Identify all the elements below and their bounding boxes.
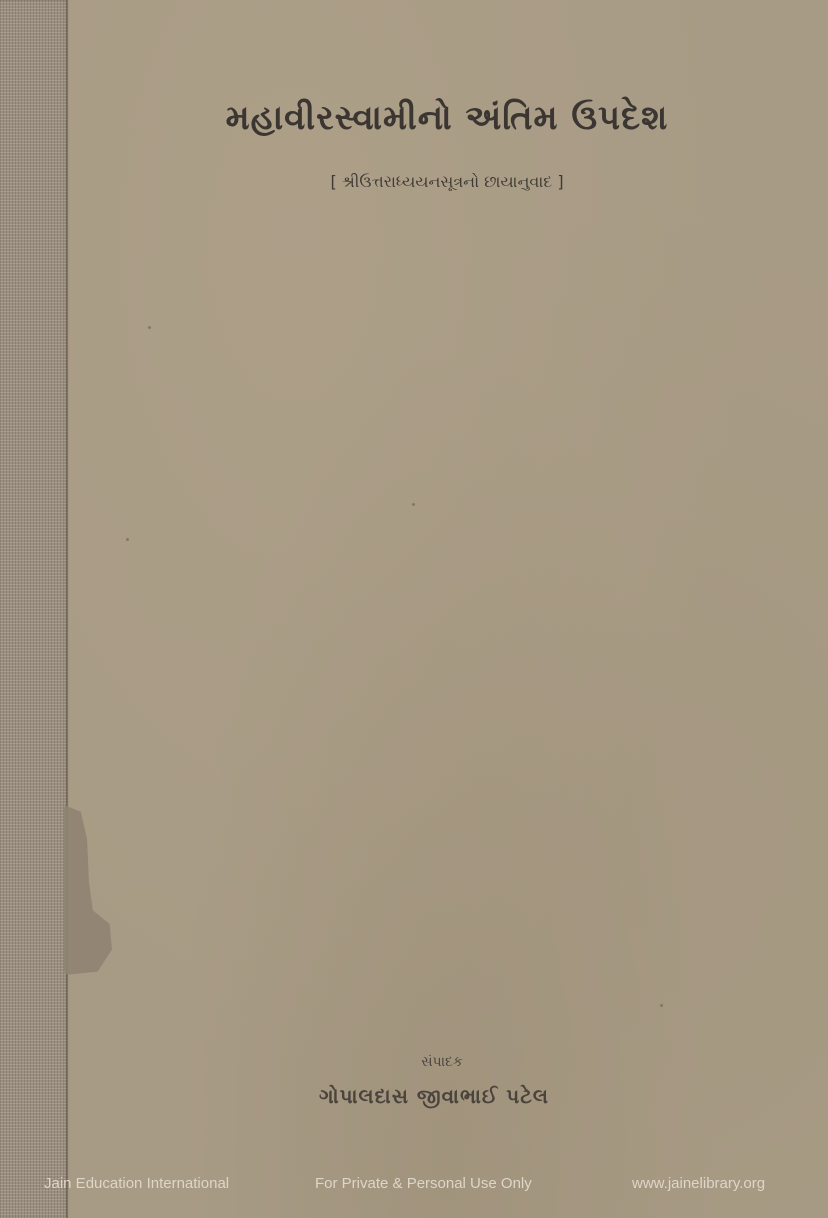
paper-speck [148, 326, 151, 329]
paper-speck [126, 538, 129, 541]
paper-speck [412, 503, 415, 506]
footer-usage-note: For Private & Personal Use Only [315, 1175, 532, 1192]
watermark-footer: Jain Education International For Private… [0, 1175, 828, 1195]
editor-name: ગોપાલદાસ જીવાભાઈ પટેલ [0, 1084, 828, 1108]
book-cover-page: મહાવીરસ્વામીનો અંતિમ ઉપદેશ [ શ્રીઉત્તરાધ… [0, 0, 828, 1218]
paper-speck [660, 1004, 663, 1007]
book-title: મહાવીરસ્વામીનો અંતિમ ઉપદેશ [0, 98, 828, 138]
footer-website: www.jainelibrary.org [632, 1175, 765, 1192]
book-subtitle: [ શ્રીઉત્તરાધ્યયનસૂત્રનો છાયાનુવાદ ] [0, 172, 828, 192]
editor-label: સંપાદક [0, 1054, 828, 1070]
footer-publisher: Jain Education International [44, 1175, 229, 1192]
